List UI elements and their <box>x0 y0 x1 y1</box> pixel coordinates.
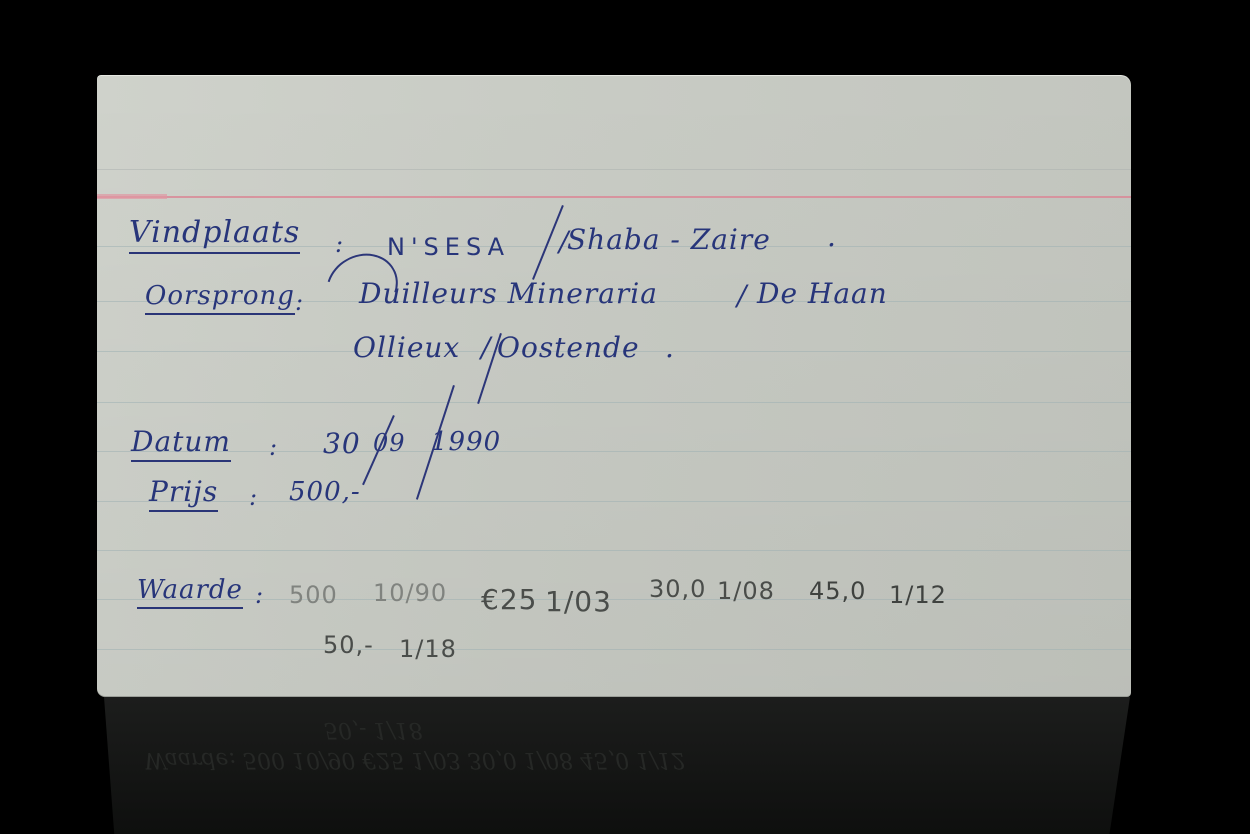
datum-year: 1990 <box>431 427 501 457</box>
oorsprong-trailing-dot: . <box>665 331 675 364</box>
waarde-entry-3-date: 1/08 <box>717 577 775 605</box>
oorsprong-separator-2: / <box>481 331 491 364</box>
ruled-line <box>97 550 1131 551</box>
prijs-colon: : <box>249 483 258 511</box>
datum-day: 30 <box>323 427 361 460</box>
ruled-line <box>97 599 1131 600</box>
waarde-entry-1-date: 10/90 <box>373 579 447 607</box>
waarde-colon: : <box>255 581 264 609</box>
vindplaats-colon: : <box>335 230 344 258</box>
reflection-ghost-line-2: Waarde: 500 10/90 €25 1/03 30,0 1/08 45,… <box>144 747 685 772</box>
waarde-entry-5-date: 1/18 <box>399 635 457 663</box>
waarde-entry-4-amount: 45,0 <box>809 577 866 605</box>
waarde-entry-3-amount: 30,0 <box>649 575 706 603</box>
oorsprong-place-2: Oostende <box>497 331 640 364</box>
waarde-entry-4-date: 1/12 <box>889 581 947 609</box>
ruled-line <box>97 169 1131 170</box>
vindplaats-label: Vindplaats <box>129 215 300 254</box>
oorsprong-dealer: Ollieux <box>353 331 460 364</box>
vindplaats-trailing-dot: . <box>827 220 837 253</box>
waarde-entry-1-amount: 500 <box>289 581 338 609</box>
waarde-entry-5-amount: 50,- <box>323 631 374 659</box>
oorsprong-colon: : <box>295 288 304 316</box>
oorsprong-separator-1: / <box>737 279 747 312</box>
oorsprong-place-1: De Haan <box>757 277 888 310</box>
datum-label: Datum <box>131 425 231 462</box>
reflection-ghost-line-1: 50,- 1/18 <box>324 717 423 742</box>
ruled-line <box>97 649 1131 650</box>
margin-header-line <box>97 196 1131 198</box>
index-card: Vindplaats : N'SESA / Shaba - Zaire . Oo… <box>97 75 1131 697</box>
prijs-value: 500,- <box>289 477 361 507</box>
ruled-line <box>97 402 1131 403</box>
ruled-line <box>97 451 1131 452</box>
waarde-entry-2-date: 1/03 <box>545 585 612 618</box>
waarde-entry-2-amount: €25 <box>481 583 537 616</box>
vindplaats-region: Shaba - Zaire <box>567 223 771 256</box>
oorsprong-source: Duilleurs Mineraria <box>359 277 658 310</box>
waarde-label: Waarde <box>137 575 243 609</box>
oorsprong-label: Oorsprong <box>145 281 295 315</box>
datum-colon: : <box>269 433 278 461</box>
vindplaats-locality: N'SESA <box>387 233 510 261</box>
card-reflection: 50,- 1/18 Waarde: 500 10/90 €25 1/03 30,… <box>104 697 1130 834</box>
prijs-label: Prijs <box>149 475 218 512</box>
